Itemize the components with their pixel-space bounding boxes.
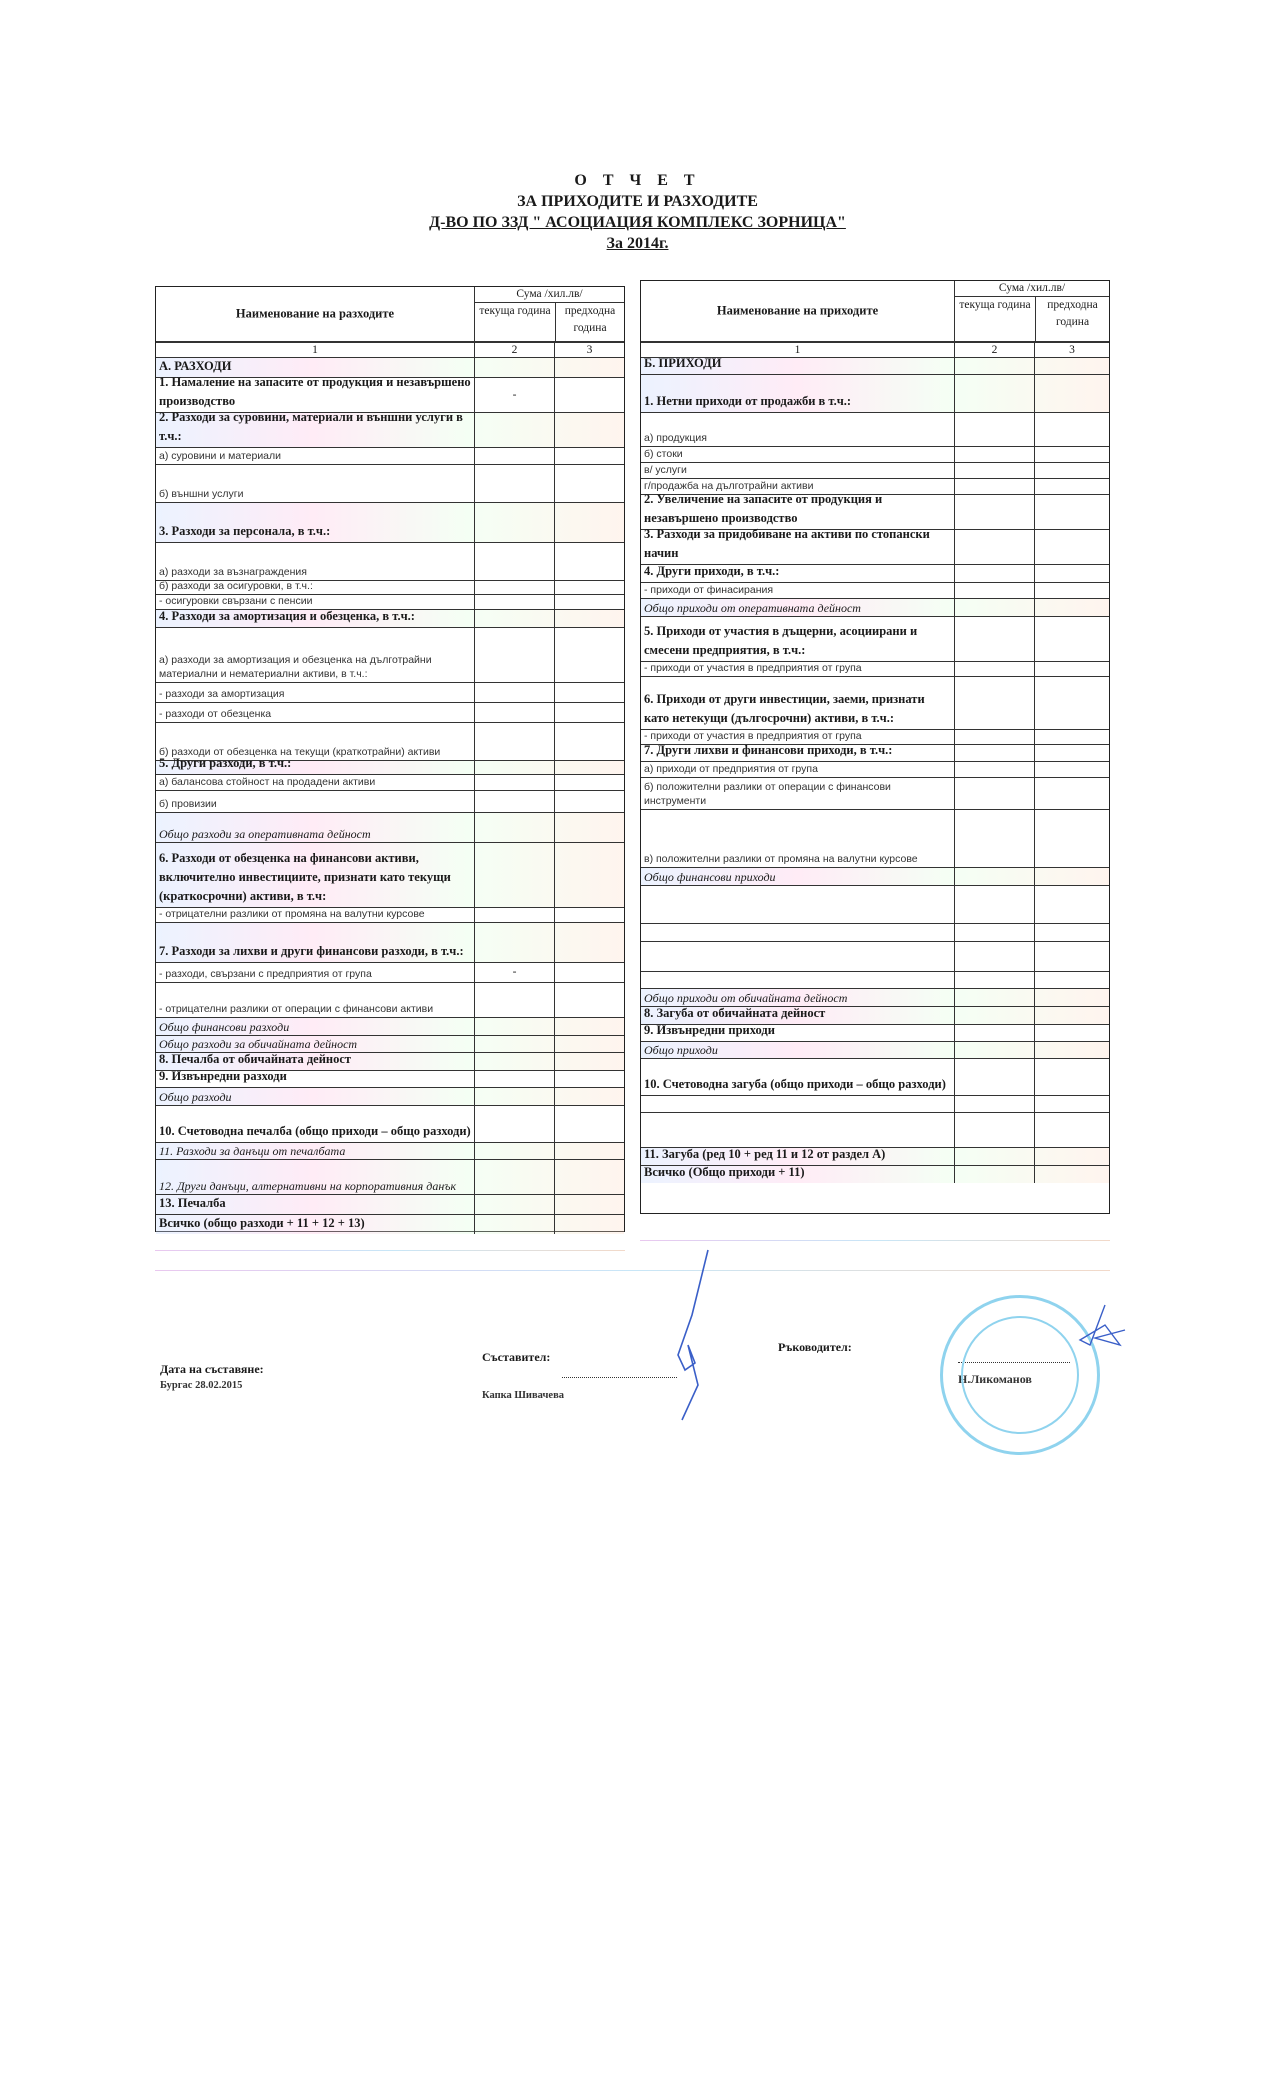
current-year-cell <box>954 730 1034 744</box>
current-year-cell <box>954 447 1034 462</box>
row-label: 9. Извънредни разходи <box>159 1067 472 1086</box>
previous-year-cell <box>554 1018 624 1035</box>
current-year-cell: - <box>474 963 554 982</box>
current-year-cell <box>474 1143 554 1159</box>
row-label: 5. Приходи от участия в дъщерни, асоциир… <box>644 622 952 660</box>
table-row: - приходи от финасирания <box>641 582 1109 598</box>
scan-line <box>155 1250 625 1251</box>
row-label: Всичко (общо разходи + 11 + 12 + 13) <box>159 1214 472 1233</box>
previous-year-cell <box>554 908 624 922</box>
previous-year-cell <box>1034 1148 1109 1165</box>
row-label-cell: 9. Извънредни разходи <box>156 1071 474 1087</box>
current-year-cell <box>954 1025 1034 1041</box>
current-year-cell <box>954 583 1034 598</box>
current-year-cell <box>954 745 1034 761</box>
previous-year-cell <box>1034 1059 1109 1095</box>
previous-year-cell <box>1034 495 1109 529</box>
current-year-cell <box>954 810 1034 867</box>
previous-year-cell <box>1034 617 1109 661</box>
row-label: 5. Други разходи, в т.ч.: <box>159 754 472 773</box>
row-label: Общо разходи за оперативната дейност <box>159 827 472 841</box>
current-year-cell <box>474 448 554 464</box>
current-year-cell <box>474 843 554 907</box>
table-header-row: Наименование на приходите Сума /хил.лв/ … <box>641 281 1109 341</box>
row-label: б) стоки <box>644 447 952 461</box>
current-year-cell <box>954 375 1034 412</box>
current-year-cell <box>954 778 1034 809</box>
previous-year-cell <box>554 543 624 580</box>
row-label-cell: Общо приходи <box>641 1042 954 1058</box>
row-label-cell: 2. Разходи за суровини, материали и външ… <box>156 413 474 447</box>
row-label: - отрицателни разлики от промяна на валу… <box>159 907 472 921</box>
table-row: в) положителни разлики от промяна на вал… <box>641 809 1109 867</box>
current-year-cell <box>474 358 554 377</box>
current-year-cell <box>954 942 1034 971</box>
previous-year-cell <box>1034 1025 1109 1041</box>
table-row: - отрицателни разлики от промяна на валу… <box>156 907 624 922</box>
table-row: 5. Други разходи, в т.ч.: <box>156 760 624 774</box>
current-year-value: - <box>475 388 554 403</box>
row-label-cell: б) провизии <box>156 791 474 812</box>
table-row <box>641 885 1109 923</box>
current-year-cell <box>474 1071 554 1087</box>
col-number: 3 <box>555 343 624 358</box>
current-year-cell <box>474 908 554 922</box>
row-label: а) разходи за възнаграждения <box>159 565 472 579</box>
row-label-cell: 7. Други лихви и финансови приходи, в т.… <box>641 745 954 761</box>
current-year-cell <box>474 983 554 1017</box>
row-label-cell: Общо разходи за оперативната дейност <box>156 813 474 842</box>
row-label-cell: а) продукция <box>641 413 954 446</box>
row-label: Общо приходи <box>644 1043 952 1057</box>
table-row: 4. Други приходи, в т.ч.: <box>641 564 1109 582</box>
previous-year-cell <box>1034 1007 1109 1024</box>
previous-year-cell <box>1034 730 1109 744</box>
row-label: 10. Счетоводна печалба (общо приходи – о… <box>159 1122 472 1141</box>
row-label-cell: - отрицателни разлики от операции с фина… <box>156 983 474 1017</box>
current-year-cell <box>954 565 1034 582</box>
table-row <box>641 1112 1109 1147</box>
row-label: 6. Разходи от обезценка на финансови акт… <box>159 849 472 906</box>
previous-year-cell <box>1034 565 1109 582</box>
date-value: Бургас 28.02.2015 <box>160 1380 242 1391</box>
table-row: - разходи за амортизация <box>156 682 624 702</box>
current-year-cell <box>474 791 554 812</box>
row-label-cell: 5. Приходи от участия в дъщерни, асоциир… <box>641 617 954 661</box>
table-row: 10. Счетоводна печалба (общо приходи – о… <box>156 1105 624 1142</box>
row-label-cell: 4. Разходи за амортизация и обезценка, в… <box>156 610 474 627</box>
table-row: Общо финансови приходи <box>641 867 1109 885</box>
table-row: 1. Нетни приходи от продажби в т.ч.: <box>641 374 1109 412</box>
previous-year-cell <box>554 1036 624 1052</box>
scan-line <box>640 1240 1110 1241</box>
row-label-cell <box>641 972 954 988</box>
row-label: в) положителни разлики от промяна на вал… <box>644 852 952 866</box>
header-sum: Сума /хил.лв/ <box>955 281 1109 297</box>
previous-year-cell <box>1034 1166 1109 1183</box>
current-year-cell <box>954 530 1034 564</box>
date-label: Дата на съставяне: <box>160 1362 264 1377</box>
income-table: Наименование на приходите Сума /хил.лв/ … <box>640 280 1110 1214</box>
row-label: а) разходи за амортизация и обезценка на… <box>159 653 472 681</box>
row-label: а) продукция <box>644 431 952 445</box>
row-label-cell: 7. Разходи за лихви и други финансови ра… <box>156 923 474 962</box>
table-row: Общо финансови разходи <box>156 1017 624 1035</box>
row-label-cell: а) приходи от предприятия от група <box>641 762 954 777</box>
col-number: 1 <box>156 343 474 358</box>
row-label: Общо финансови приходи <box>644 870 952 884</box>
manager-signature <box>1050 1300 1130 1380</box>
row-label-cell <box>641 1113 954 1147</box>
row-label-cell: - приходи от финасирания <box>641 583 954 598</box>
previous-year-cell <box>1034 868 1109 885</box>
table-row: 6. Разходи от обезценка на финансови акт… <box>156 842 624 907</box>
row-label-cell: Всичко (общо разходи + 11 + 12 + 13) <box>156 1215 474 1234</box>
current-year-cell <box>954 677 1034 729</box>
row-label: а) балансова стойност на продадени актив… <box>159 775 472 789</box>
previous-year-cell <box>1034 1096 1109 1112</box>
table-row: 13. Печалба <box>156 1194 624 1214</box>
previous-year-cell <box>554 963 624 982</box>
compiler-label: Съставител: <box>482 1350 550 1365</box>
table-row: Общо разходи <box>156 1087 624 1105</box>
previous-year-cell <box>554 683 624 702</box>
current-year-cell <box>474 1088 554 1105</box>
current-year-cell <box>954 1007 1034 1024</box>
previous-year-cell <box>554 1071 624 1087</box>
row-label: 6. Приходи от други инвестиции, заеми, п… <box>644 690 952 728</box>
current-year-cell <box>474 1053 554 1070</box>
row-label-cell: Б. ПРИХОДИ <box>641 358 954 374</box>
row-label-cell: 6. Приходи от други инвестиции, заеми, п… <box>641 677 954 729</box>
table-row: а) приходи от предприятия от група <box>641 761 1109 777</box>
row-label: 4. Разходи за амортизация и обезценка, в… <box>159 607 472 626</box>
row-label-cell <box>641 924 954 941</box>
previous-year-cell <box>1034 762 1109 777</box>
current-year-cell <box>474 465 554 502</box>
previous-year-cell <box>554 448 624 464</box>
row-label-cell: - разходи от обезценка <box>156 703 474 722</box>
current-year-cell <box>954 617 1034 661</box>
table-row: 1. Намаление на запасите от продукция и … <box>156 377 624 412</box>
current-year-cell <box>954 1166 1034 1183</box>
header-previous: предходна година <box>1035 297 1109 341</box>
current-year-cell <box>954 1148 1034 1165</box>
previous-year-cell <box>1034 447 1109 462</box>
table-row: а) продукция <box>641 412 1109 446</box>
row-label-cell: а) балансова стойност на продадени актив… <box>156 775 474 790</box>
row-label-cell: 4. Други приходи, в т.ч.: <box>641 565 954 582</box>
row-label: 12. Други данъци, алтернативни на корпор… <box>159 1179 472 1193</box>
row-label: Всичко (Общо приходи + 11) <box>644 1163 952 1182</box>
current-year-cell <box>954 762 1034 777</box>
current-year-cell <box>474 1195 554 1214</box>
previous-year-cell <box>1034 778 1109 809</box>
previous-year-cell <box>554 503 624 542</box>
current-year-cell <box>474 923 554 962</box>
table-row: Всичко (Общо приходи + 11) <box>641 1165 1109 1183</box>
row-label-cell: б) външни услуги <box>156 465 474 502</box>
header-name-cell: Наименование на разходите <box>156 287 474 341</box>
table-row <box>641 923 1109 941</box>
current-year-cell: - <box>474 378 554 412</box>
row-label-cell: - приходи от участия в предприятия от гр… <box>641 662 954 676</box>
row-label: - отрицателни разлики от операции с фина… <box>159 1002 472 1016</box>
title-line-2: ЗА ПРИХОДИТЕ И РАЗХОДИТЕ <box>0 191 1275 212</box>
row-label-cell: - разходи, свързани с предприятия от гру… <box>156 963 474 982</box>
table-row: а) разходи за възнаграждения <box>156 542 624 580</box>
previous-year-cell <box>1034 599 1109 616</box>
previous-year-cell <box>554 628 624 682</box>
row-label-cell: Общо финансови разходи <box>156 1018 474 1035</box>
current-year-cell <box>954 1096 1034 1112</box>
table-row: - разходи от обезценка <box>156 702 624 722</box>
row-label: - осигуровки свързани с пенсии <box>159 594 472 608</box>
table-row: 7. Други лихви и финансови приходи, в т.… <box>641 744 1109 761</box>
previous-year-cell <box>554 1160 624 1194</box>
previous-year-cell <box>1034 972 1109 988</box>
row-label-cell: б) стоки <box>641 447 954 462</box>
row-label-cell: 6. Разходи от обезценка на финансови акт… <box>156 843 474 907</box>
row-label: 10. Счетоводна загуба (общо приходи – об… <box>644 1075 952 1094</box>
table-row: - разходи, свързани с предприятия от гру… <box>156 962 624 982</box>
row-label: 2. Увеличение на запасите от продукция и… <box>644 490 952 528</box>
previous-year-cell <box>554 358 624 377</box>
previous-year-cell <box>554 413 624 447</box>
previous-year-cell <box>554 775 624 790</box>
current-year-cell <box>954 1113 1034 1147</box>
current-year-cell <box>474 543 554 580</box>
row-label-cell <box>641 1096 954 1112</box>
row-label: б) разходи за осигуровки, в т.ч.: <box>159 579 472 593</box>
table-row: 6. Приходи от други инвестиции, заеми, п… <box>641 676 1109 729</box>
current-year-cell <box>474 761 554 774</box>
table-row: Общо разходи за оперативната дейност <box>156 812 624 842</box>
table-row: 3. Разходи за персонала, в т.ч.: <box>156 502 624 542</box>
row-label-cell <box>641 886 954 923</box>
row-label-cell: 3. Разходи за персонала, в т.ч.: <box>156 503 474 542</box>
table-row: б) стоки <box>641 446 1109 462</box>
previous-year-cell <box>554 1088 624 1105</box>
previous-year-cell <box>1034 1113 1109 1147</box>
current-year-cell <box>954 479 1034 494</box>
table-row: 3. Разходи за придобиване на активи по с… <box>641 529 1109 564</box>
row-label-cell: 2. Увеличение на запасите от продукция и… <box>641 495 954 529</box>
previous-year-cell <box>554 923 624 962</box>
row-label: 1. Намаление на запасите от продукция и … <box>159 373 472 411</box>
header-name: Наименование на разходите <box>156 307 474 322</box>
row-label-cell: а) разходи за амортизация и обезценка на… <box>156 628 474 682</box>
row-label: Общо приходи от обичайната дейност <box>644 991 952 1005</box>
previous-year-cell <box>1034 1042 1109 1058</box>
current-year-cell <box>474 775 554 790</box>
current-year-cell <box>474 1036 554 1052</box>
table-row: б) провизии <box>156 790 624 812</box>
current-year-cell <box>474 1106 554 1142</box>
previous-year-cell <box>554 703 624 722</box>
previous-year-cell <box>554 465 624 502</box>
row-label-cell: 5. Други разходи, в т.ч.: <box>156 761 474 774</box>
row-label: 4. Други приходи, в т.ч.: <box>644 562 952 581</box>
row-label-cell: а) суровини и материали <box>156 448 474 464</box>
row-label: 2. Разходи за суровини, материали и външ… <box>159 408 472 446</box>
previous-year-cell <box>1034 886 1109 923</box>
current-year-cell <box>474 503 554 542</box>
row-label-cell <box>641 942 954 971</box>
table-row: 10. Счетоводна загуба (общо приходи – об… <box>641 1058 1109 1095</box>
table-row: 9. Извънредни приходи <box>641 1024 1109 1041</box>
col-number: 3 <box>1035 343 1109 358</box>
row-label-cell: 1. Намаление на запасите от продукция и … <box>156 378 474 412</box>
previous-year-cell <box>1034 662 1109 676</box>
current-year-cell <box>474 595 554 609</box>
current-year-cell <box>474 813 554 842</box>
current-year-cell <box>954 886 1034 923</box>
row-label: 1. Нетни приходи от продажби в т.ч.: <box>644 392 952 411</box>
table-row: в/ услуги <box>641 462 1109 478</box>
table-row: 2. Увеличение на запасите от продукция и… <box>641 494 1109 529</box>
title-line-3: Д-ВО ПО ЗЗД " АСОЦИАЦИЯ КОМПЛЕКС ЗОРНИЦА… <box>0 212 1275 233</box>
col-number: 2 <box>475 343 554 358</box>
previous-year-cell <box>554 1143 624 1159</box>
current-year-cell <box>954 358 1034 374</box>
previous-year-cell <box>554 983 624 1017</box>
row-label-cell: - разходи за амортизация <box>156 683 474 702</box>
table-row: - отрицателни разлики от операции с фина… <box>156 982 624 1017</box>
previous-year-cell <box>1034 989 1109 1006</box>
previous-year-cell <box>1034 583 1109 598</box>
current-year-cell <box>474 581 554 594</box>
table-row <box>641 941 1109 971</box>
current-year-value: - <box>475 965 554 980</box>
title-line-4: За 2014г. <box>0 233 1275 254</box>
current-year-cell <box>954 1042 1034 1058</box>
current-year-cell <box>954 662 1034 676</box>
row-label-cell: 13. Печалба <box>156 1195 474 1214</box>
previous-year-cell <box>1034 375 1109 412</box>
table-row: б) външни услуги <box>156 464 624 502</box>
row-label-cell: в) положителни разлики от промяна на вал… <box>641 810 954 867</box>
previous-year-cell <box>1034 942 1109 971</box>
row-label-cell: 11. Разходи за данъци от печалбата <box>156 1143 474 1159</box>
current-year-cell <box>954 924 1034 941</box>
current-year-cell <box>474 413 554 447</box>
row-label: а) суровини и материали <box>159 449 472 463</box>
row-label: б) външни услуги <box>159 487 472 501</box>
row-label-cell: б) разходи за осигуровки, в т.ч.: <box>156 581 474 594</box>
table-header-row: Наименование на разходите Сума /хил.лв/ … <box>156 287 624 341</box>
previous-year-cell <box>554 761 624 774</box>
row-label: - разходи за амортизация <box>159 687 472 701</box>
row-label-cell: Общо разходи <box>156 1088 474 1105</box>
report-title: О Т Ч Е Т ЗА ПРИХОДИТЕ И РАЗХОДИТЕ Д-ВО … <box>0 170 1275 254</box>
row-label: - разходи, свързани с предприятия от гру… <box>159 967 472 981</box>
row-label-cell: 10. Счетоводна загуба (общо приходи – об… <box>641 1059 954 1095</box>
header-name-cell: Наименование на приходите <box>641 281 954 341</box>
row-label-cell: 9. Извънредни приходи <box>641 1025 954 1041</box>
table-row: - приходи от участия в предприятия от гр… <box>641 661 1109 676</box>
title-line-1: О Т Ч Е Т <box>0 170 1275 191</box>
row-label: - разходи от обезценка <box>159 707 472 721</box>
row-label: - приходи от участия в предприятия от гр… <box>644 661 952 675</box>
row-label: 7. Разходи за лихви и други финансови ра… <box>159 942 472 961</box>
table-row: б) разходи за осигуровки, в т.ч.: <box>156 580 624 594</box>
table-row: 7. Разходи за лихви и други финансови ра… <box>156 922 624 962</box>
previous-year-cell <box>554 610 624 627</box>
row-label: Общо разходи за обичайната дейност <box>159 1037 472 1051</box>
row-label-cell: Общо приходи от оперативната дейност <box>641 599 954 616</box>
previous-year-cell <box>1034 479 1109 494</box>
row-label: 9. Извънредни приходи <box>644 1021 952 1040</box>
previous-year-cell <box>1034 463 1109 478</box>
header-current: текуща година <box>475 303 555 341</box>
compiler-signature <box>640 1245 720 1425</box>
table-row: 2. Разходи за суровини, материали и външ… <box>156 412 624 447</box>
table-row: а) балансова стойност на продадени актив… <box>156 774 624 790</box>
table-row: Общо приходи от оперативната дейност <box>641 598 1109 616</box>
row-label: Общо приходи от оперативната дейност <box>644 601 952 615</box>
row-label-cell: - отрицателни разлики от промяна на валу… <box>156 908 474 922</box>
table-row: 12. Други данъци, алтернативни на корпор… <box>156 1159 624 1194</box>
row-label: Б. ПРИХОДИ <box>644 354 952 373</box>
previous-year-cell <box>554 1195 624 1214</box>
current-year-cell <box>954 413 1034 446</box>
row-label-cell: 3. Разходи за придобиване на активи по с… <box>641 530 954 564</box>
header-sum-cell: Сума /хил.лв/ текуща година предходна го… <box>954 281 1109 341</box>
row-label-cell: 1. Нетни приходи от продажби в т.ч.: <box>641 375 954 412</box>
table-row: 5. Приходи от участия в дъщерни, асоциир… <box>641 616 1109 661</box>
current-year-cell <box>474 610 554 627</box>
previous-year-cell <box>554 791 624 812</box>
row-label-cell: б) положителни разлики от операции с фин… <box>641 778 954 809</box>
previous-year-cell <box>554 1053 624 1070</box>
table-row <box>641 1095 1109 1112</box>
previous-year-cell <box>554 723 624 760</box>
table-row: 4. Разходи за амортизация и обезценка, в… <box>156 609 624 627</box>
table-row: 9. Извънредни разходи <box>156 1070 624 1087</box>
compiler-name: Капка Шивачева <box>482 1390 564 1401</box>
previous-year-cell <box>554 1106 624 1142</box>
previous-year-cell <box>1034 530 1109 564</box>
manager-label: Ръководител: <box>778 1340 852 1355</box>
previous-year-cell <box>554 1215 624 1234</box>
row-label: 3. Разходи за придобиване на активи по с… <box>644 525 952 563</box>
row-label-cell: Общо финансови приходи <box>641 868 954 885</box>
previous-year-cell <box>554 581 624 594</box>
row-label-cell: Всичко (Общо приходи + 11) <box>641 1166 954 1183</box>
table-row: а) разходи за амортизация и обезценка на… <box>156 627 624 682</box>
table-row: а) суровини и материали <box>156 447 624 464</box>
row-label: - приходи от финасирания <box>644 583 952 597</box>
header-sum: Сума /хил.лв/ <box>475 287 624 303</box>
previous-year-cell <box>1034 358 1109 374</box>
row-label: а) приходи от предприятия от група <box>644 762 952 776</box>
previous-year-cell <box>1034 677 1109 729</box>
table-row: Всичко (общо разходи + 11 + 12 + 13) <box>156 1214 624 1234</box>
row-label: 7. Други лихви и финансови приходи, в т.… <box>644 741 952 760</box>
header-previous: предходна година <box>555 303 624 341</box>
previous-year-cell <box>1034 745 1109 761</box>
previous-year-cell <box>1034 810 1109 867</box>
table-row: б) положителни разлики от операции с фин… <box>641 777 1109 809</box>
current-year-cell <box>954 972 1034 988</box>
row-label: б) провизии <box>159 797 472 811</box>
current-year-cell <box>954 463 1034 478</box>
row-label: 13. Печалба <box>159 1194 472 1213</box>
row-label-cell: 10. Счетоводна печалба (общо приходи – о… <box>156 1106 474 1142</box>
row-label: в/ услуги <box>644 463 952 477</box>
row-label: б) положителни разлики от операции с фин… <box>644 780 952 808</box>
